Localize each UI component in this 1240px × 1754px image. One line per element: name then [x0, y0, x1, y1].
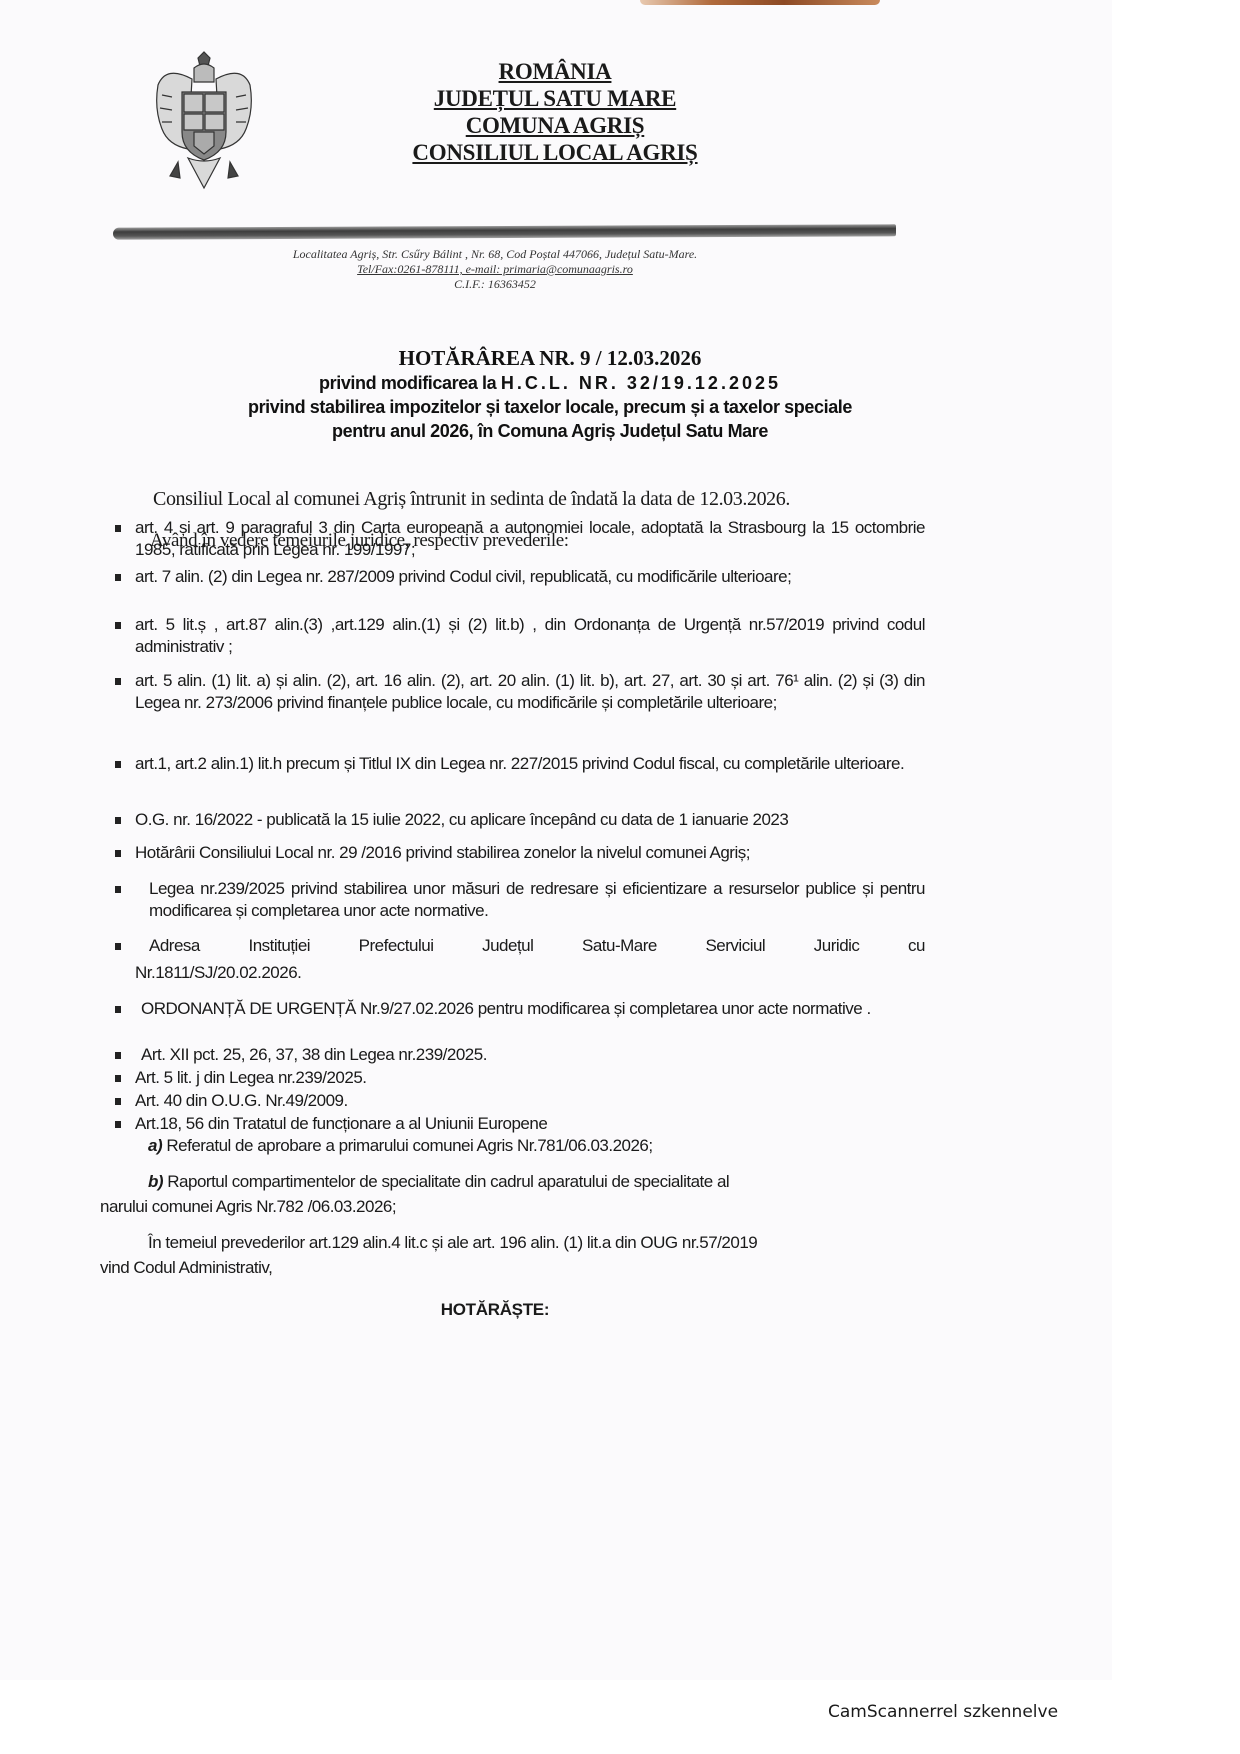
- item-b-text: Raportul compartimentelor de specialitat…: [167, 1172, 729, 1191]
- bullet-icon: [115, 678, 121, 685]
- decision-subject-ref: privind modificarea la H.C.L. NR. 32/19.…: [150, 371, 950, 395]
- list-item: Hotărârii Consiliului Local nr. 29 /2016…: [115, 842, 925, 864]
- bullet-icon: [115, 943, 121, 950]
- bullet-icon: [115, 622, 121, 629]
- intro-paragraph: Consiliul Local al comunei Agriș întruni…: [153, 488, 790, 511]
- contact-line: Tel/Fax:0261-878111, e-mail: primaria@co…: [200, 262, 790, 277]
- bullet-icon: [115, 761, 121, 768]
- list-item: Adresa Instituției Prefectului Județul S…: [115, 935, 925, 957]
- bullet-icon: [115, 1121, 121, 1128]
- bullet-icon: [115, 817, 121, 824]
- item-a: a) Referatul de aprobare a primarului co…: [148, 1134, 653, 1158]
- bullet-icon: [115, 850, 121, 857]
- decision-subject-line-2: pentru anul 2026, în Comuna Agriș Județu…: [150, 419, 950, 443]
- scan-edge-artifact: [640, 0, 880, 5]
- subject-prefix: privind modificarea la: [319, 373, 501, 393]
- cif-line: C.I.F.: 16363452: [200, 277, 790, 292]
- bullet-icon: [115, 1006, 121, 1013]
- bullet-icon: [115, 1075, 121, 1082]
- address-line: Localitatea Agriș, Str. Csűry Bálint , N…: [200, 247, 790, 262]
- hcl-reference: H.C.L. NR. 32/19.12.2025: [501, 373, 781, 393]
- decision-subject-line: privind stabilirea impozitelor și taxelo…: [150, 395, 950, 419]
- item-b-continuation: narului comunei Agris Nr.782 /06.03.2026…: [100, 1195, 396, 1219]
- legal-basis-continuation: vind Codul Administrativ,: [100, 1256, 272, 1280]
- header-country: ROMÂNIA: [360, 58, 750, 85]
- bullet-icon: [115, 525, 121, 532]
- institution-header: ROMÂNIA JUDEȚUL SATU MARE COMUNA AGRIȘ C…: [360, 58, 750, 166]
- item-b-label: b): [148, 1172, 163, 1191]
- bullet-icon: [115, 574, 121, 581]
- header-county: JUDEȚUL SATU MARE: [360, 85, 750, 112]
- list-item: art. 4 și art. 9 paragraful 3 din Carta …: [115, 517, 925, 561]
- decision-number: HOTĂRÂREA NR. 9 / 12.03.2026: [150, 345, 950, 371]
- list-item: Art. XII pct. 25, 26, 37, 38 din Legea n…: [115, 1044, 925, 1066]
- list-item: Art. 5 lit. j din Legea nr.239/2025.: [115, 1067, 925, 1089]
- coat-of-arms-icon: [148, 50, 260, 195]
- list-item: Art.18, 56 din Tratatul de funcționare a…: [115, 1113, 925, 1135]
- bullet-icon: [115, 1098, 121, 1105]
- decision-title: HOTĂRÂREA NR. 9 / 12.03.2026 privind mod…: [150, 345, 950, 443]
- list-item: O.G. nr. 16/2022 - publicată la 15 iulie…: [115, 809, 925, 831]
- list-item: art. 7 alin. (2) din Legea nr. 287/2009 …: [115, 566, 925, 588]
- address-block: Localitatea Agriș, Str. Csűry Bálint , N…: [200, 247, 790, 292]
- list-item: Art. 40 din O.U.G. Nr.49/2009.: [115, 1090, 925, 1112]
- bullet-icon: [115, 1052, 121, 1059]
- list-item: art. 5 alin. (1) lit. a) și alin. (2), a…: [115, 670, 925, 714]
- legal-basis: În temeiul prevederilor art.129 alin.4 l…: [148, 1231, 757, 1255]
- item-a-label: a): [148, 1136, 162, 1155]
- scanner-watermark: CamScannerrel szkennelve: [828, 1702, 1058, 1722]
- list-item: art. 5 lit.ș , art.87 alin.(3) ,art.129 …: [115, 614, 925, 658]
- item-b: b) Raportul compartimentelor de speciali…: [148, 1170, 918, 1194]
- item-a-text: Referatul de aprobare a primarului comun…: [166, 1136, 652, 1155]
- bullet-icon: [115, 886, 121, 893]
- list-item: Legea nr.239/2025 privind stabilirea uno…: [115, 878, 925, 922]
- header-commune: COMUNA AGRIȘ: [360, 112, 750, 139]
- list-item: ORDONANȚĂ DE URGENȚĂ Nr.9/27.02.2026 pen…: [115, 998, 925, 1020]
- list-item: art.1, art.2 alin.1) lit.h precum și Tit…: [115, 753, 925, 775]
- decision-heading: HOTĂRĂȘTE:: [420, 1300, 570, 1320]
- list-item-continuation: Nr.1811/SJ/20.02.2026.: [115, 962, 925, 984]
- header-council: CONSILIUL LOCAL AGRIȘ: [360, 139, 750, 166]
